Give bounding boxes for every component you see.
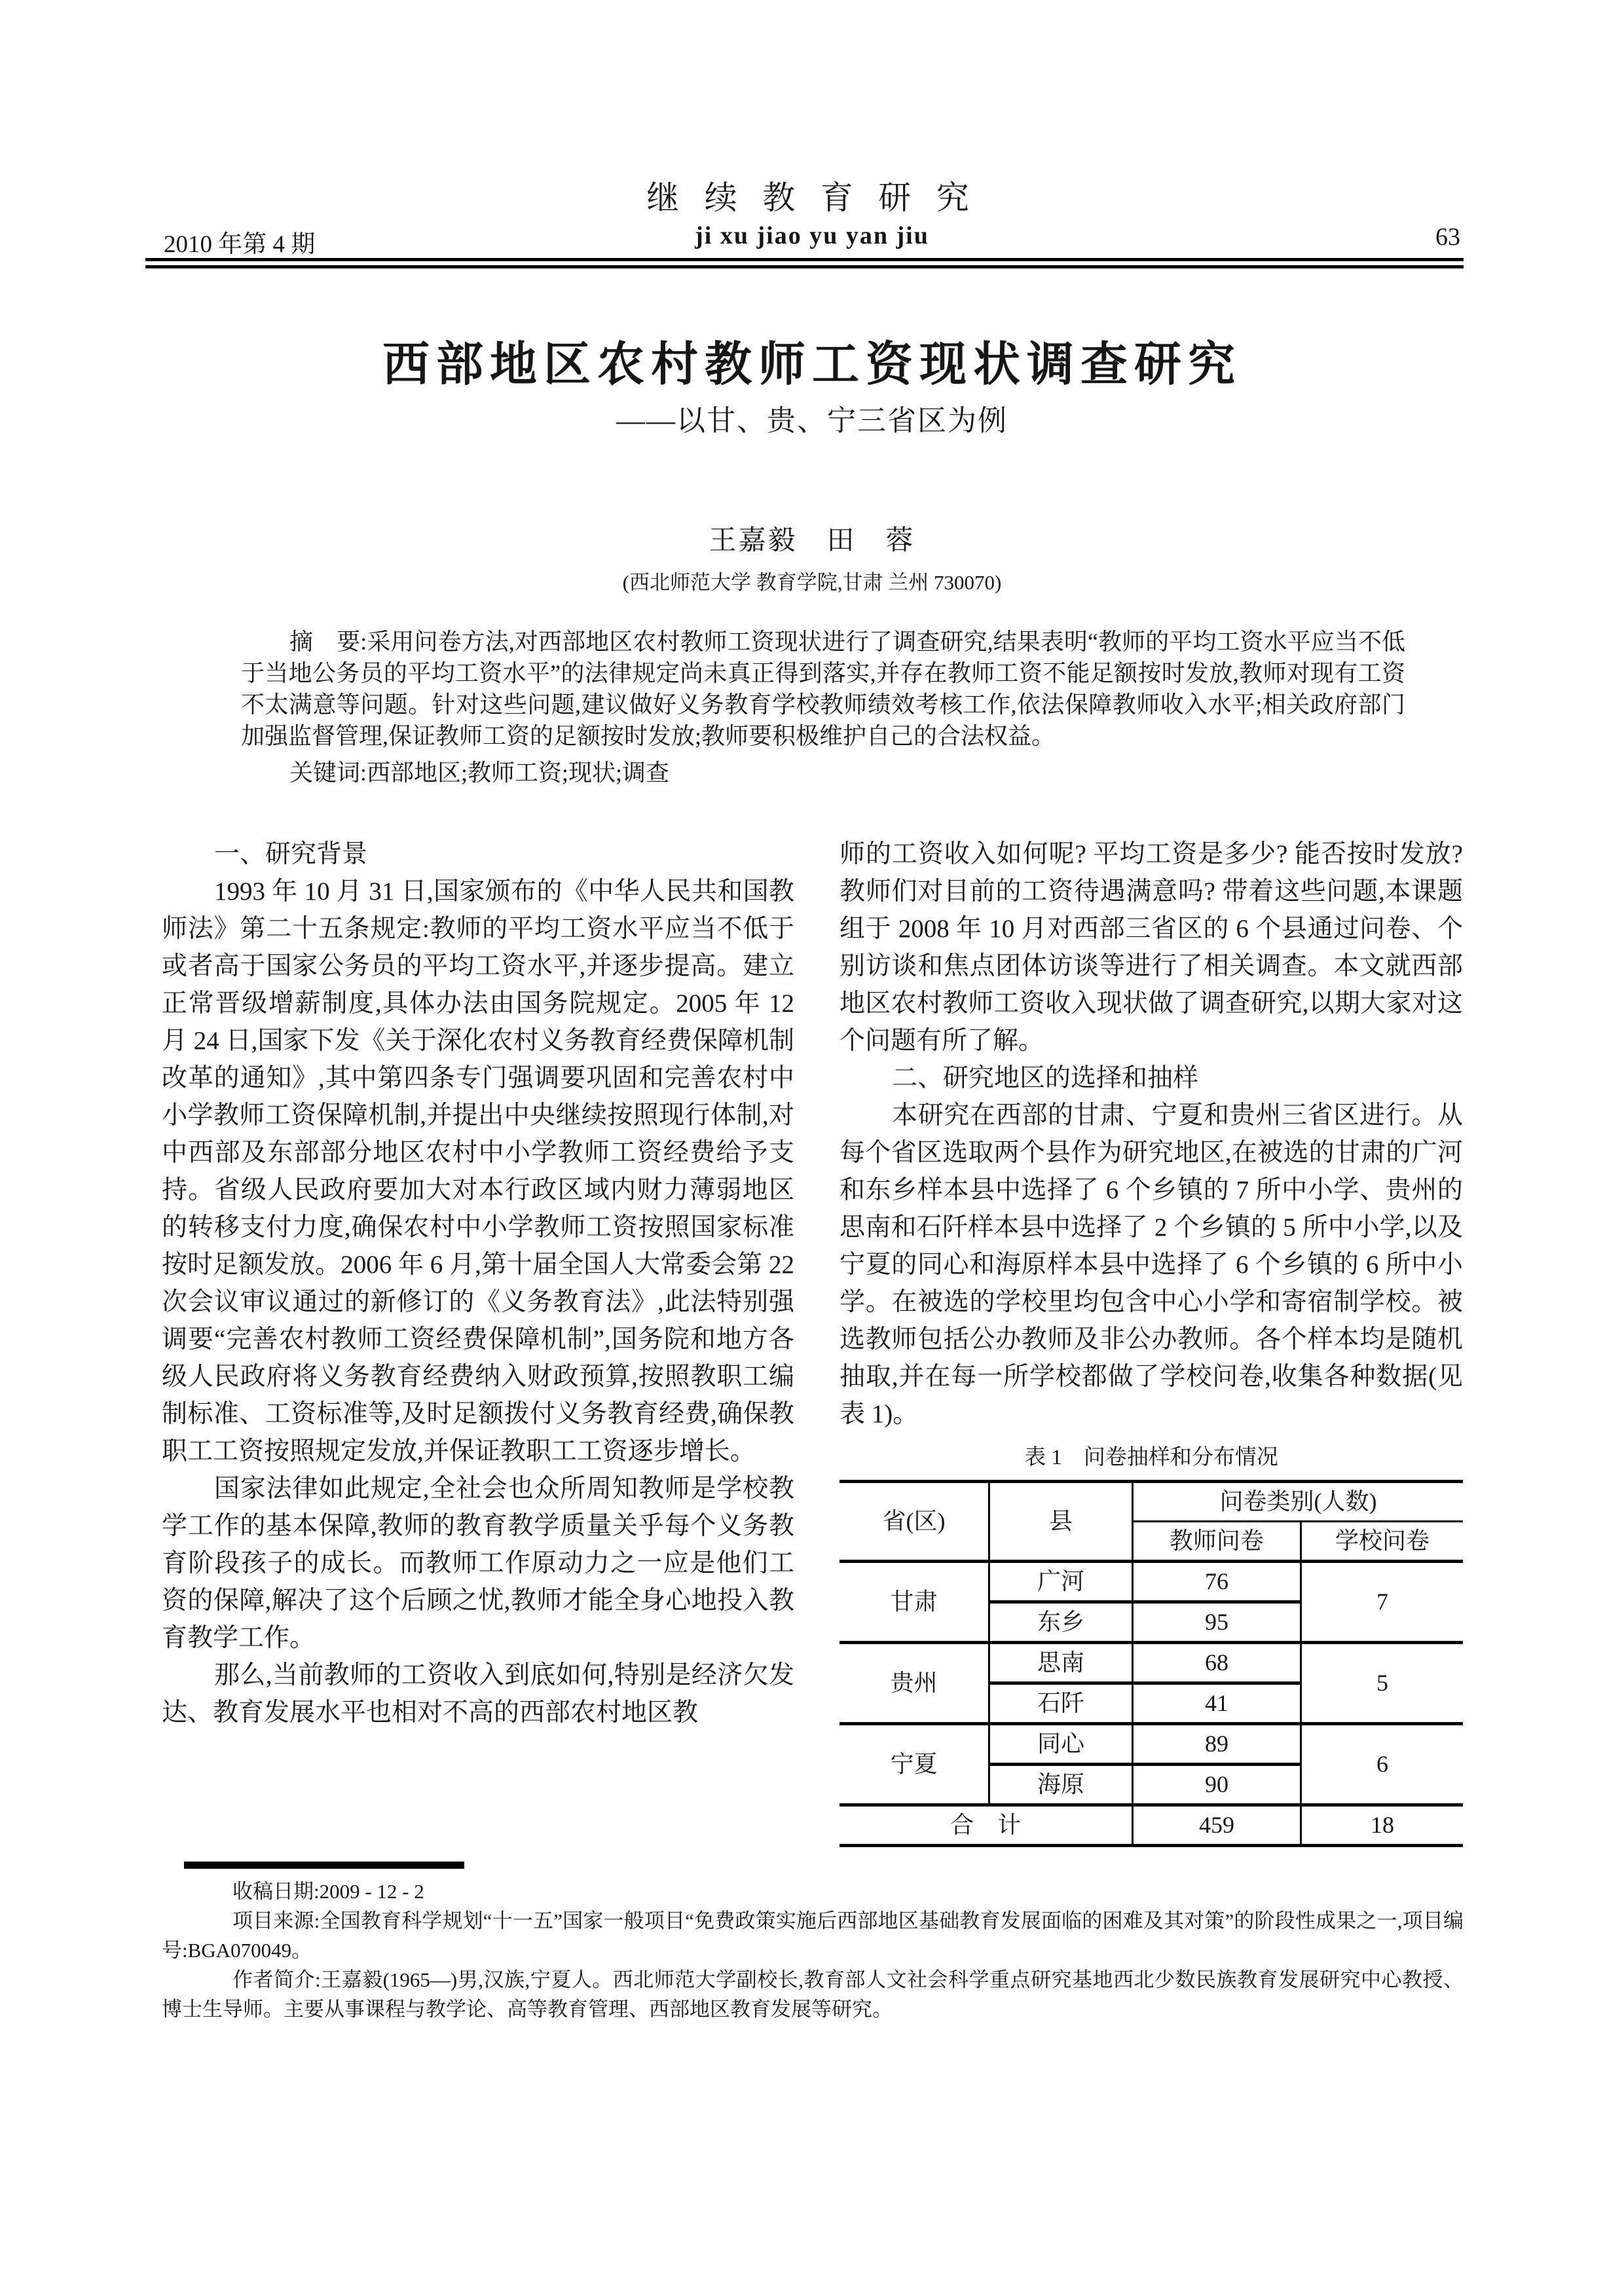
footnote-separator-rule (184, 1862, 464, 1869)
journal-page: 继 续 教 育 研 究 2010 年第 4 期 ji xu jiao yu ya… (0, 0, 1624, 2295)
footnote-funding-source: 项目来源:全国教育科学规划“十一五”国家一般项目“免费政策实施后西部地区基础教育… (162, 1906, 1464, 1965)
cell-teacher-count: 95 (1132, 1602, 1301, 1643)
table-row: 甘肃 广河 76 7 (840, 1562, 1463, 1602)
cell-teacher-count: 89 (1132, 1724, 1301, 1765)
header-category: 问卷类别(人数) (1132, 1482, 1463, 1522)
footnote-received-date: 收稿日期:2009 - 12 - 2 (162, 1877, 1464, 1906)
journal-title: 继 续 教 育 研 究 (0, 172, 1624, 219)
body-column-right: 师的工资收入如何呢? 平均工资是多少? 能否按时发放? 教师们对目前的工资待遇满… (840, 835, 1463, 1847)
journal-pinyin: ji xu jiao yu yan jiu (0, 221, 1624, 250)
article-subtitle: ——以甘、贵、宁三省区为例 (0, 397, 1624, 439)
article-title: 西部地区农村教师工资现状调查研究 (0, 326, 1624, 394)
keywords-line: 关键词:西部地区;教师工资;现状;调查 (241, 757, 1405, 788)
table-row: 贵州 思南 68 5 (840, 1643, 1463, 1683)
table-total-row: 合 计 459 18 (840, 1805, 1463, 1846)
table-caption: 表 1 问卷抽样和分布情况 (840, 1444, 1463, 1471)
keywords-text: 西部地区;教师工资;现状;调查 (367, 760, 669, 786)
section-heading-1: 一、研究背景 (162, 835, 794, 873)
body-paragraph-continued: 师的工资收入如何呢? 平均工资是多少? 能否按时发放? 教师们对目前的工资待遇满… (840, 835, 1463, 1059)
body-paragraph: 那么,当前教师的工资收入到底如何,特别是经济欠发达、教育发展水平也相对不高的西部… (162, 1657, 794, 1731)
cell-teacher-count: 76 (1132, 1562, 1301, 1602)
body-paragraph: 1993 年 10 月 31 日,国家颁布的《中华人民共和国教师法》第二十五条规… (162, 873, 794, 1470)
body-column-left: 一、研究背景 1993 年 10 月 31 日,国家颁布的《中华人民共和国教师法… (162, 835, 794, 1731)
cell-teacher-count: 68 (1132, 1643, 1301, 1683)
sampling-table: 省(区) 县 问卷类别(人数) 教师问卷 学校问卷 甘肃 广河 76 7 东乡 (840, 1480, 1463, 1847)
cell-school-count: 5 (1301, 1643, 1463, 1724)
cell-total-label: 合 计 (840, 1805, 1132, 1846)
header-double-rule (145, 258, 1464, 268)
header-province: 省(区) (840, 1482, 989, 1562)
cell-school-count: 6 (1301, 1724, 1463, 1805)
cell-teacher-total: 459 (1132, 1805, 1301, 1846)
abstract-paragraph: 摘 要:采用问卷方法,对西部地区农村教师工资现状进行了调查研究,结果表明“教师的… (241, 626, 1405, 752)
cell-county: 海原 (989, 1765, 1132, 1805)
header-school-questionnaire: 学校问卷 (1301, 1522, 1463, 1562)
cell-school-total: 18 (1301, 1805, 1463, 1846)
cell-province: 贵州 (840, 1643, 989, 1724)
cell-province: 宁夏 (840, 1724, 989, 1805)
cell-county: 同心 (989, 1724, 1132, 1765)
cell-county: 东乡 (989, 1602, 1132, 1643)
table-header-row-1: 省(区) 县 问卷类别(人数) (840, 1482, 1463, 1522)
keywords-label: 关键词: (289, 760, 367, 786)
cell-county: 广河 (989, 1562, 1132, 1602)
header-teacher-questionnaire: 教师问卷 (1132, 1522, 1301, 1562)
cell-teacher-count: 90 (1132, 1765, 1301, 1805)
abstract-block: 摘 要:采用问卷方法,对西部地区农村教师工资现状进行了调查研究,结果表明“教师的… (241, 626, 1405, 788)
page-number: 63 (1435, 223, 1460, 251)
table-row: 宁夏 同心 89 6 (840, 1724, 1463, 1765)
author-names: 王嘉毅 田 蓉 (0, 519, 1624, 558)
body-paragraph: 本研究在西部的甘肃、宁夏和贵州三省区进行。从每个省区选取两个县作为研究地区,在被… (840, 1097, 1463, 1433)
cell-county: 思南 (989, 1643, 1132, 1683)
cell-province: 甘肃 (840, 1562, 989, 1643)
abstract-text: 采用问卷方法,对西部地区农村教师工资现状进行了调查研究,结果表明“教师的平均工资… (241, 629, 1405, 749)
abstract-label: 摘 要: (289, 629, 367, 655)
body-paragraph: 国家法律如此规定,全社会也众所周知教师是学校教学工作的基本保障,教师的教育教学质… (162, 1470, 794, 1657)
footnotes-block: 收稿日期:2009 - 12 - 2 项目来源:全国教育科学规划“十一五”国家一… (162, 1877, 1464, 2024)
cell-school-count: 7 (1301, 1562, 1463, 1643)
section-heading-2: 二、研究地区的选择和抽样 (840, 1059, 1463, 1097)
author-affiliation: (西北师范大学 教育学院,甘肃 兰州 730070) (0, 566, 1624, 595)
cell-county: 石阡 (989, 1683, 1132, 1724)
footnote-author-bio: 作者简介:王嘉毅(1965—)男,汉族,宁夏人。西北师范大学副校长,教育部人文社… (162, 1965, 1464, 2024)
header-county: 县 (989, 1482, 1132, 1562)
cell-teacher-count: 41 (1132, 1683, 1301, 1724)
